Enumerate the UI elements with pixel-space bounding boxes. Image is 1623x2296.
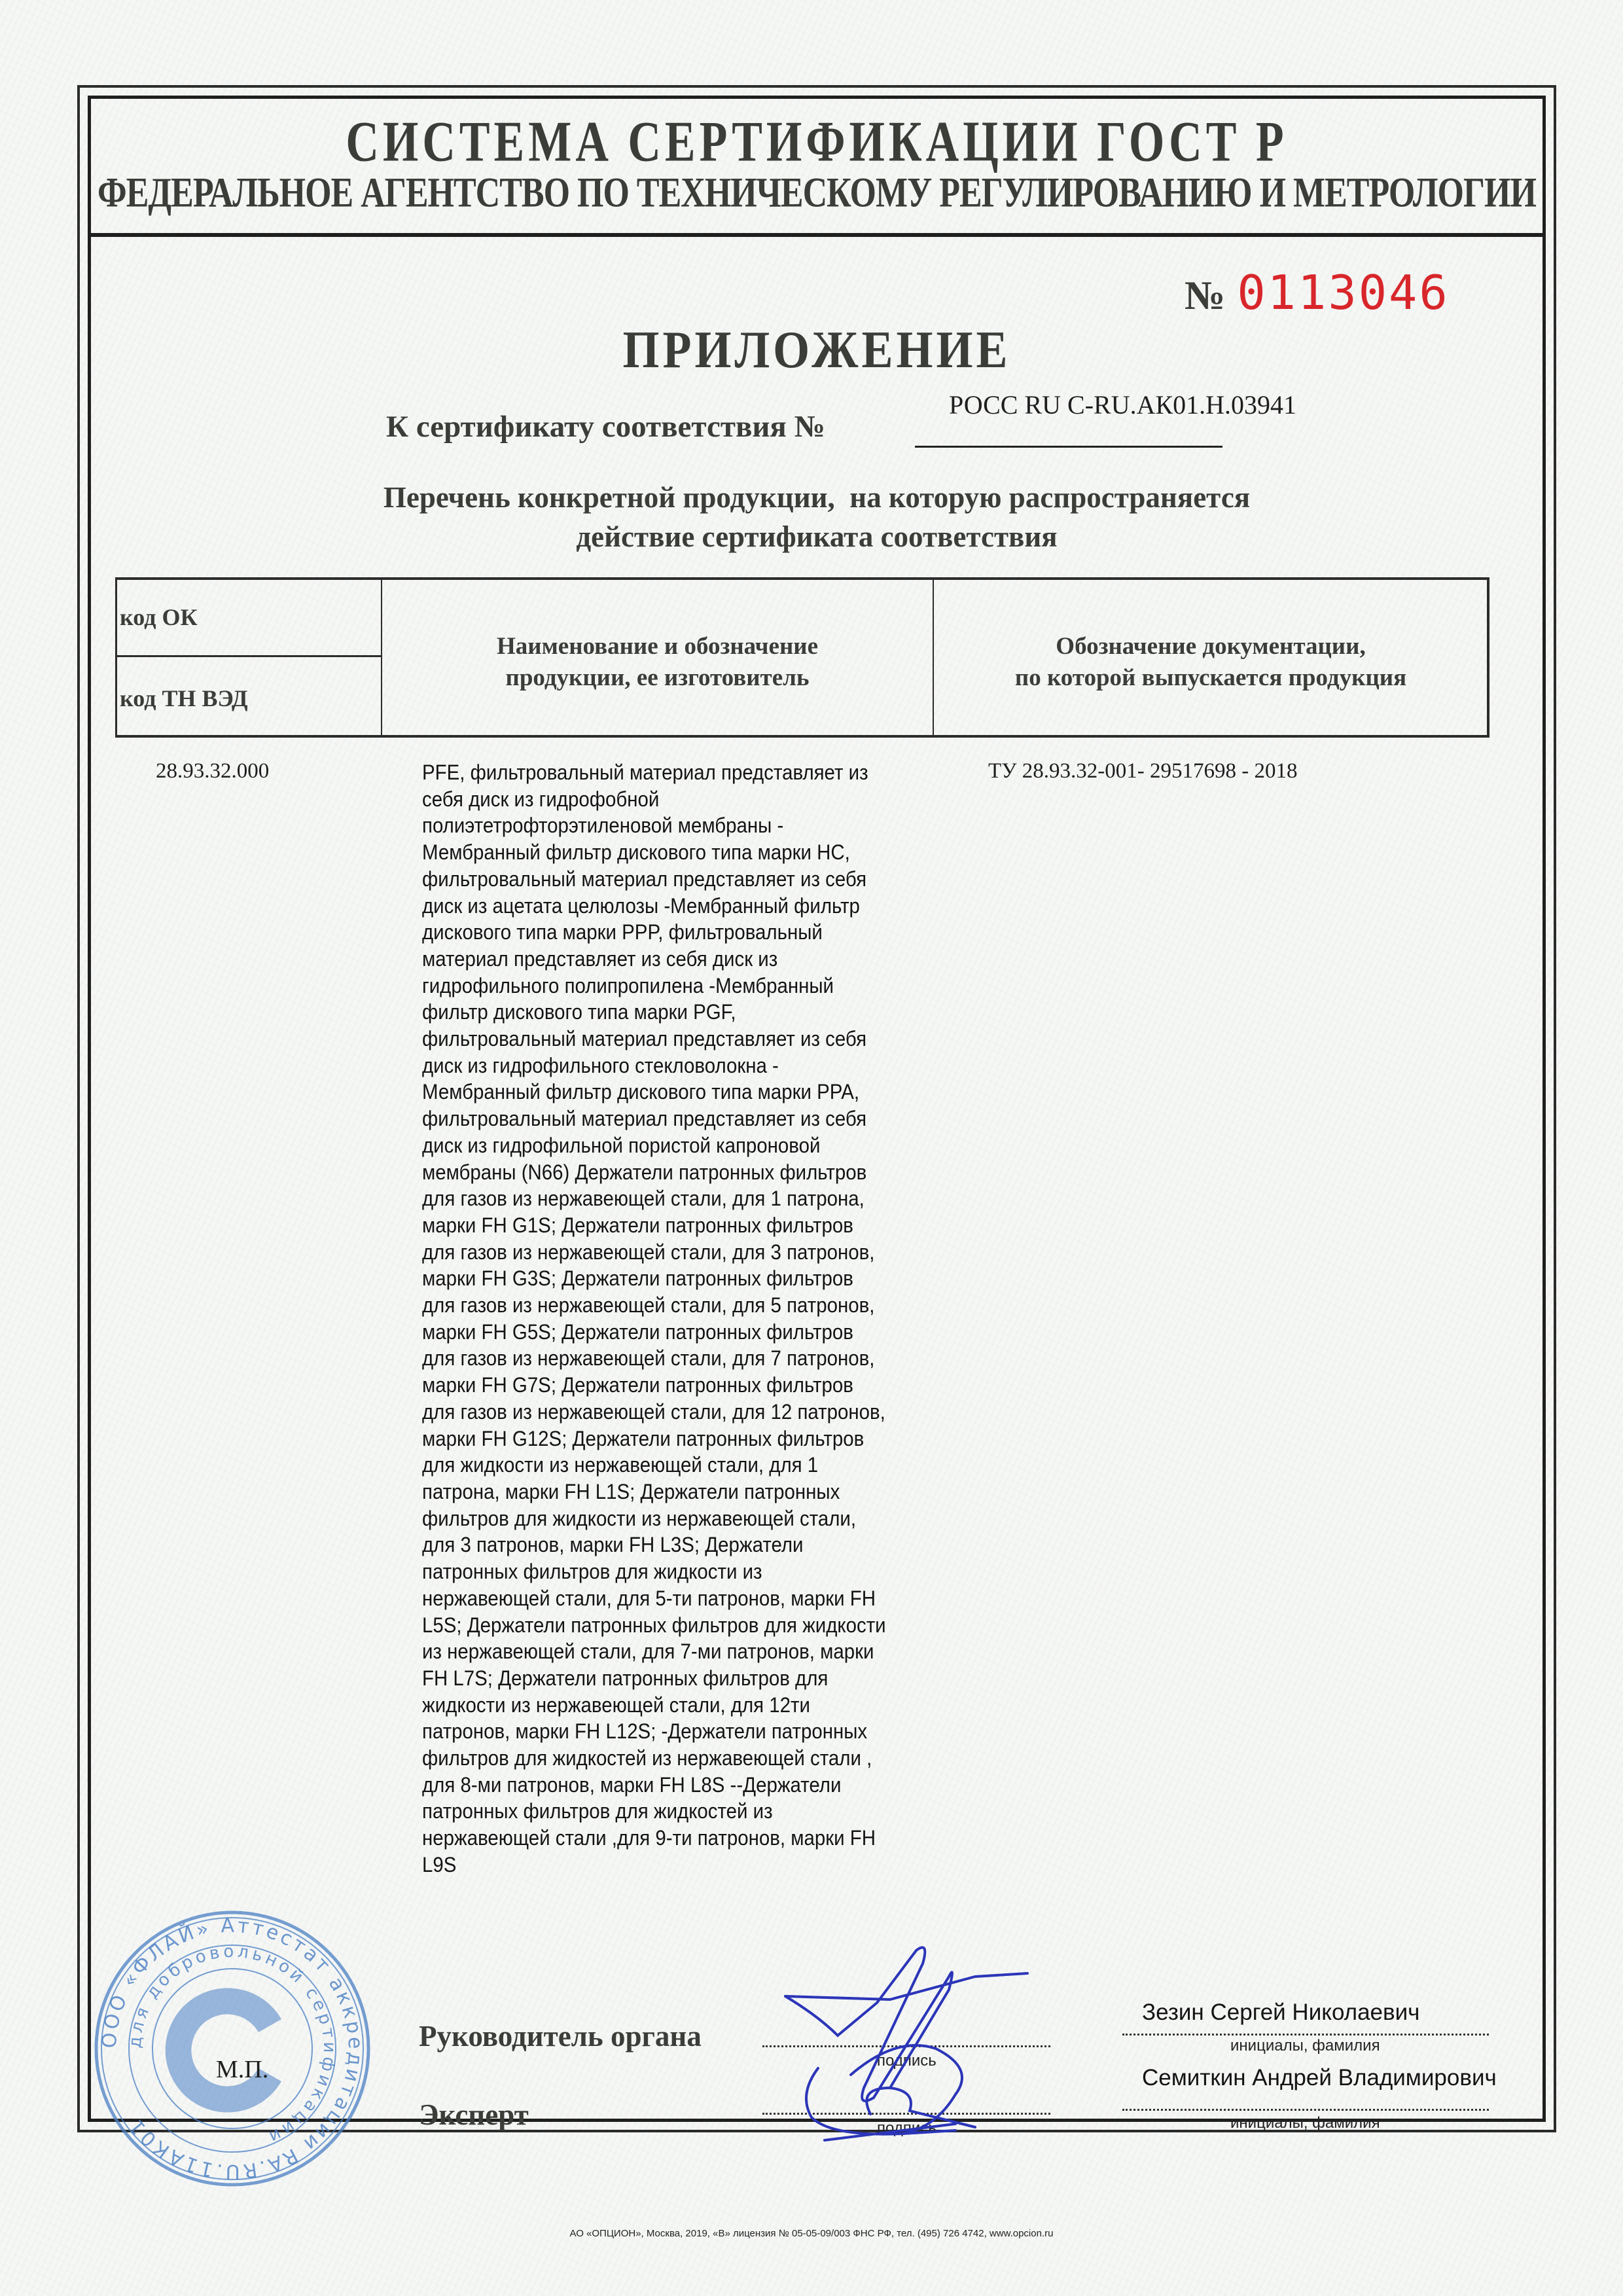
head-name-caption: инициалы, фамилия: [1230, 2037, 1380, 2055]
expert-name: Семиткин Андрей Владимирович: [1142, 2065, 1497, 2091]
agency-title: ФЕДЕРАЛЬНОЕ АГЕНТСТВО ПО ТЕХНИЧЕСКОМУ РЕ…: [88, 169, 1546, 217]
expert-name-caption: инициалы, фамилия: [1230, 2114, 1380, 2132]
head-name: Зезин Сергей Николаевич: [1142, 2000, 1419, 2026]
certificate-reference: К сертификату соответствия № РОСС RU С-R…: [386, 389, 1368, 448]
header-product-column: Наименование и обозначение продукции, ее…: [382, 580, 934, 735]
page-title: ПРИЛОЖЕНИЕ: [88, 319, 1546, 380]
subtitle: Перечень конкретной продукции, на котору…: [88, 478, 1546, 556]
certificate-label: К сертификату соответствия №: [386, 409, 825, 444]
row-description: PFE, фильтровальный материал представляе…: [422, 759, 952, 1878]
stamp-placeholder-label: М.П.: [216, 2055, 268, 2084]
subtitle-line-1: Перечень конкретной продукции, на котору…: [88, 478, 1546, 517]
header-product-line-1: Наименование и обозначение: [382, 631, 933, 662]
header-code-ok: код ОК: [120, 603, 198, 631]
subtitle-line-2: действие сертификата соответствия: [88, 517, 1546, 556]
header-product: Наименование и обозначение продукции, ее…: [382, 631, 933, 694]
head-signature-line[interactable]: [762, 2045, 1050, 2047]
expert-role-label: Эксперт: [419, 2098, 529, 2132]
header-divider: [88, 233, 1546, 237]
header-docs-line-1: Обозначение документации,: [934, 631, 1488, 662]
header-docs: Обозначение документации, по которой вып…: [934, 631, 1488, 694]
certificate-number-underline: [915, 446, 1222, 448]
head-signature-caption: подпись: [877, 2052, 936, 2070]
header-code-ok-cell: код ОК: [117, 580, 381, 657]
header-codes-column: код ОК код ТН ВЭД: [117, 580, 382, 735]
system-title: СИСТЕМА СЕРТИФИКАЦИИ ГОСТ Р: [88, 110, 1546, 175]
head-role-label: Руководитель органа: [419, 2019, 702, 2053]
header-code-tnved: код ТН ВЭД: [120, 685, 248, 712]
header-product-line-2: продукции, ее изготовитель: [382, 662, 933, 694]
header-docs-column: Обозначение документации, по которой вып…: [934, 580, 1488, 735]
row-code: 28.93.32.000: [156, 759, 269, 783]
form-number-value: 0113046: [1237, 265, 1449, 320]
row-documentation: ТУ 28.93.32-001- 29517698 - 2018: [988, 759, 1298, 783]
certificate-number: РОСС RU С-RU.АК01.Н.03941: [949, 389, 1296, 420]
expert-name-line: [1122, 2109, 1489, 2111]
printer-footer: АО «ОПЦИОН», Москва, 2019, «В» лицензия …: [0, 2228, 1623, 2239]
head-name-line: [1122, 2034, 1489, 2036]
number-sign: №: [1185, 274, 1225, 318]
table-header: код ОК код ТН ВЭД Наименование и обознач…: [115, 577, 1489, 738]
expert-signature-caption: подпись: [877, 2119, 936, 2138]
header-docs-line-2: по которой выпускается продукция: [934, 662, 1488, 694]
form-number: №0113046: [1185, 265, 1450, 320]
expert-signature-line[interactable]: [762, 2113, 1050, 2115]
